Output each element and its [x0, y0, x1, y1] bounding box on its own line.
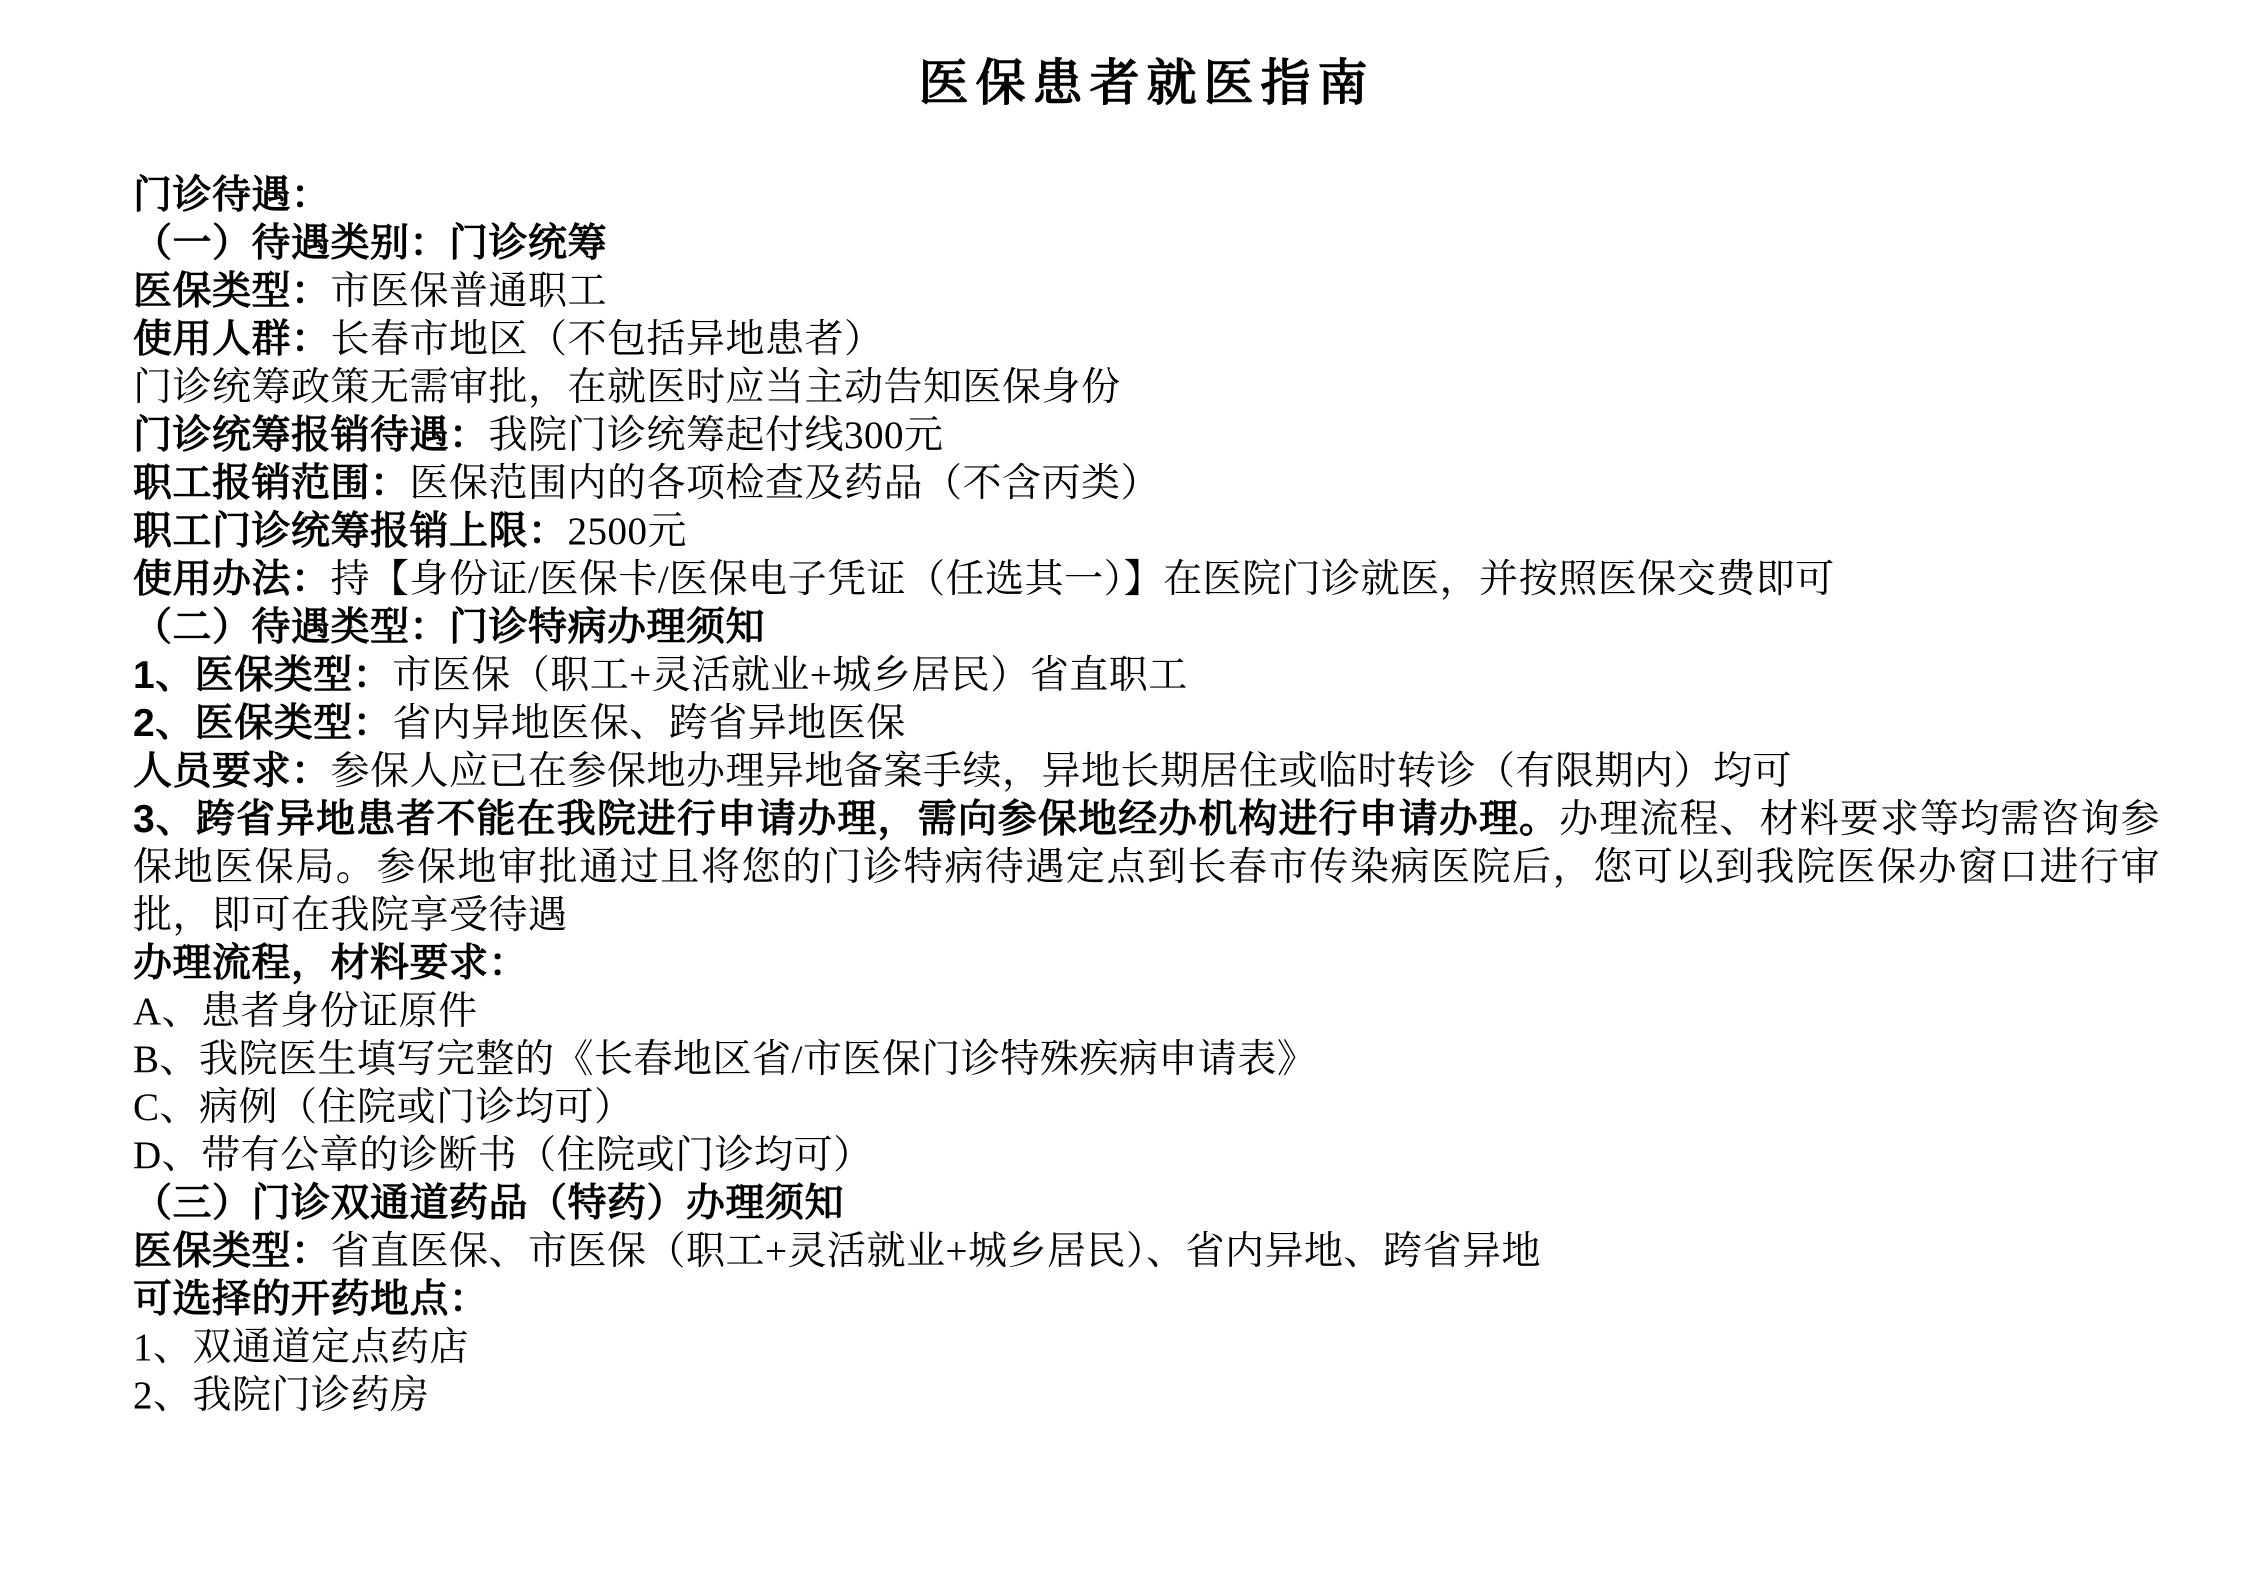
- list-item-b: B、我院医生填写完整的《长春地区省/市医保门诊特殊疾病申请表》: [133, 1036, 2160, 1084]
- section-heading-category-3: （三）门诊双通道药品（特药）办理须知: [133, 1180, 2160, 1228]
- paragraph-insurance-type-2: 2、医保类型：省内异地医保、跨省异地医保: [133, 700, 2160, 748]
- list-item-text: 2、我院门诊药房: [133, 1374, 430, 1417]
- paragraph-personnel-requirement: 人员要求：参保人应已在参保地办理异地备案手续，异地长期居住或临时转诊（有限期内）…: [133, 748, 2160, 796]
- paragraph-text: 参保人应已在参保地办理异地备案手续，异地长期居住或临时转诊（有限期内）均可: [331, 750, 1793, 793]
- paragraph-insurance-type-special: 医保类型：省直医保、市医保（职工+灵活就业+城乡居民）、省内异地、跨省异地: [133, 1228, 2160, 1276]
- paragraph-reimbursement-scope: 职工报销范围：医保范围内的各项检查及药品（不含丙类）: [133, 460, 2160, 508]
- page-title: 医保患者就医指南: [133, 54, 2160, 112]
- paragraph-label: 3、跨省异地患者不能在我院进行申请办理，需向参保地经办机构进行申请办理。: [133, 798, 1559, 841]
- list-item-text: 1、双通道定点药店: [133, 1326, 469, 1369]
- heading-text: （二）待遇类型：门诊特病办理须知: [133, 606, 765, 649]
- heading-text: （三）门诊双通道药品（特药）办理须知: [133, 1182, 844, 1225]
- paragraph-reimbursement-benefit: 门诊统筹报销待遇：我院门诊统筹起付线300元: [133, 412, 2160, 460]
- list-item-pharmacy-1: 1、双通道定点药店: [133, 1324, 2160, 1372]
- heading-text: 可选择的开药地点：: [133, 1278, 489, 1321]
- paragraph-text: 门诊统筹政策无需审批，在就医时应当主动告知医保身份: [133, 366, 1121, 409]
- paragraph-text: 市医保（职工+灵活就业+城乡居民）省直职工: [392, 654, 1188, 697]
- paragraph-text: 省直医保、市医保（职工+灵活就业+城乡居民）、省内异地、跨省异地: [331, 1230, 1542, 1273]
- paragraph-label: 门诊统筹报销待遇：: [133, 414, 489, 457]
- section-heading-outpatient-benefits: 门诊待遇：: [133, 172, 2160, 220]
- paragraph-usage-method: 使用办法：持【身份证/医保卡/医保电子凭证（任选其一）】在医院门诊就医，并按照医…: [133, 556, 2160, 604]
- paragraph-text: 2500元: [568, 510, 688, 553]
- paragraph-label: 人员要求：: [133, 750, 331, 793]
- paragraph-policy-note: 门诊统筹政策无需审批，在就医时应当主动告知医保身份: [133, 364, 2160, 412]
- list-item-a: A、患者身份证原件: [133, 988, 2160, 1036]
- section-heading-category-2: （二）待遇类型：门诊特病办理须知: [133, 604, 2160, 652]
- list-item-c: C、病例（住院或门诊均可）: [133, 1084, 2160, 1132]
- paragraph-text: 持【身份证/医保卡/医保电子凭证（任选其一）】在医院门诊就医，并按照医保交费即可: [331, 558, 1835, 601]
- paragraph-label: 职工报销范围：: [133, 462, 410, 505]
- paragraph-label: 2、医保类型：: [133, 702, 392, 745]
- list-item-text: D、带有公章的诊断书（住院或门诊均可）: [133, 1134, 873, 1177]
- paragraph-label: 使用人群：: [133, 318, 331, 361]
- paragraph-text: 省内异地医保、跨省异地医保: [392, 702, 906, 745]
- heading-text: 办理流程，材料要求：: [133, 942, 528, 985]
- paragraph-text: 市医保普通职工: [331, 270, 608, 313]
- section-heading-category-1: （一）待遇类别：门诊统筹: [133, 220, 2160, 268]
- list-item-d: D、带有公章的诊断书（住院或门诊均可）: [133, 1132, 2160, 1180]
- section-heading-materials: 办理流程，材料要求：: [133, 940, 2160, 988]
- document-page: 医保患者就医指南 门诊待遇： （一）待遇类别：门诊统筹 医保类型：市医保普通职工…: [0, 0, 2255, 1582]
- paragraph-insurance-type: 医保类型：市医保普通职工: [133, 268, 2160, 316]
- list-item-text: A、患者身份证原件: [133, 990, 478, 1033]
- list-item-pharmacy-2: 2、我院门诊药房: [133, 1372, 2160, 1420]
- paragraph-label: 使用办法：: [133, 558, 331, 601]
- paragraph-label: 医保类型：: [133, 270, 331, 313]
- paragraph-user-group: 使用人群：长春市地区（不包括异地患者）: [133, 316, 2160, 364]
- paragraph-text: 我院门诊统筹起付线300元: [489, 414, 944, 457]
- heading-text: 门诊待遇：: [133, 174, 331, 217]
- paragraph-label: 1、医保类型：: [133, 654, 392, 697]
- paragraph-reimbursement-limit: 职工门诊统筹报销上限：2500元: [133, 508, 2160, 556]
- paragraph-cross-province-note: 3、跨省异地患者不能在我院进行申请办理，需向参保地经办机构进行申请办理。办理流程…: [133, 796, 2160, 940]
- paragraph-insurance-type-1: 1、医保类型：市医保（职工+灵活就业+城乡居民）省直职工: [133, 652, 2160, 700]
- paragraph-text: 长春市地区（不包括异地患者）: [331, 318, 884, 361]
- list-item-text: C、病例（住院或门诊均可）: [133, 1086, 634, 1129]
- heading-text: （一）待遇类别：门诊统筹: [133, 222, 607, 265]
- section-heading-pharmacy-locations: 可选择的开药地点：: [133, 1276, 2160, 1324]
- paragraph-text: 医保范围内的各项检查及药品（不含丙类）: [410, 462, 1161, 505]
- paragraph-label: 职工门诊统筹报销上限：: [133, 510, 568, 553]
- list-item-text: B、我院医生填写完整的《长春地区省/市医保门诊特殊疾病申请表》: [133, 1038, 1316, 1081]
- paragraph-label: 医保类型：: [133, 1230, 331, 1273]
